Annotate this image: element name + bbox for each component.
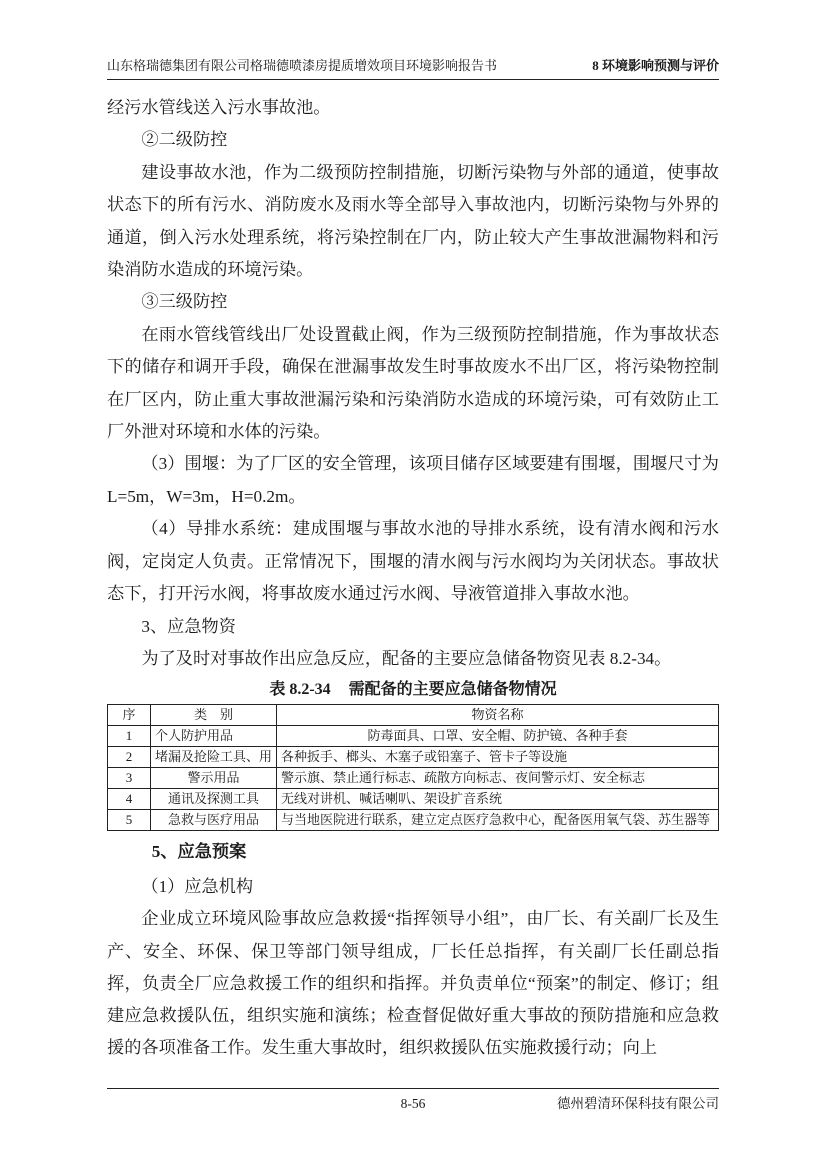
cell-items: 无线对讲机、喊话喇叭、架设扩音系统	[277, 789, 719, 810]
page-footer: 8-56 德州碧清环保科技有限公司	[107, 1088, 719, 1112]
header-report-title: 山东格瑞德集团有限公司格瑞德喷漆房提质增效项目环境影响报告书	[107, 57, 497, 74]
paragraph-supplies-intro: 为了及时对事故作出应急反应，配备的主要应急储备物资见表 8.2-34。	[107, 643, 719, 675]
column-header-items: 物资名称	[277, 705, 719, 726]
table-row: 2 堵漏及抢险工具、用 各种扳手、榔头、木塞子或铅塞子、管卡子等设施	[108, 747, 719, 768]
paragraph-level2-control: 建设事故水池，作为二级预防控制措施，切断污染物与外部的通道，使事故状态下的所有污…	[107, 157, 719, 287]
table-caption-title: 需配备的主要应急储备物情况	[349, 681, 557, 698]
cell-seq: 2	[108, 747, 151, 768]
cell-seq: 5	[108, 810, 151, 831]
cell-items: 各种扳手、榔头、木塞子或铅塞子、管卡子等设施	[277, 747, 719, 768]
page-header: 山东格瑞德集团有限公司格瑞德喷漆房提质增效项目环境影响报告书 8 环境影响预测与…	[107, 0, 719, 80]
document-page: 山东格瑞德集团有限公司格瑞德喷漆房提质增效项目环境影响报告书 8 环境影响预测与…	[0, 0, 827, 1169]
subheading-emergency-supplies: 3、应急物资	[107, 611, 719, 643]
paragraph-emergency-organization: 企业成立环境风险事故应急救援“指挥领导小组”，由厂长、有关副厂长及生产、安全、环…	[107, 903, 719, 1064]
table-caption-number: 表 8.2-34	[269, 681, 330, 698]
subheading-level2-control: ②二级防控	[107, 124, 719, 156]
paragraph-drainage-system: （4）导排水系统：建成围堰与事故水池的导排水系统，设有清水阀和污水阀，定岗定人负…	[107, 513, 719, 610]
table-row: 4 通讯及探测工具 无线对讲机、喊话喇叭、架设扩音系统	[108, 789, 719, 810]
subheading-emergency-organization: （1）应急机构	[107, 870, 719, 903]
table-row: 3 警示用品 警示旗、禁止通行标志、疏散方向标志、夜间警示灯、安全标志	[108, 768, 719, 789]
table-row: 5 急救与医疗用品 与当地医院进行联系，建立定点医疗急救中心，配备医用氧气袋、苏…	[108, 810, 719, 831]
paragraph-cofferdam: （3）围堰：为了厂区的安全管理，该项目储存区域要建有围堰，围堰尺寸为 L=5m，…	[107, 448, 719, 513]
cell-items: 与当地医院进行联系，建立定点医疗急救中心，配备医用氧气袋、苏生器等	[277, 810, 719, 831]
column-header-seq: 序	[108, 705, 151, 726]
cell-category: 通讯及探测工具	[151, 789, 277, 810]
cell-seq: 3	[108, 768, 151, 789]
page-body: 经污水管线送入污水事故池。 ②二级防控 建设事故水池，作为二级预防控制措施，切断…	[107, 80, 719, 1064]
cell-category: 堵漏及抢险工具、用	[151, 747, 277, 768]
cell-category: 急救与医疗用品	[151, 810, 277, 831]
heading-emergency-plan: 5、应急预案	[107, 836, 719, 867]
footer-page-number: 8-56	[401, 1095, 426, 1112]
emergency-supplies-table: 序 类 别 物资名称 1 个人防护用品 防毒面具、口罩、安全帽、防护镜、各种手套…	[107, 704, 719, 831]
cell-category: 个人防护用品	[151, 726, 277, 747]
header-chapter-title: 8 环境影响预测与评价	[592, 57, 719, 74]
subheading-level3-control: ③三级防控	[107, 286, 719, 318]
cell-seq: 4	[108, 789, 151, 810]
paragraph-level3-control: 在雨水管线管线出厂处设置截止阀，作为三级预防控制措施，作为事故状态下的储存和调开…	[107, 319, 719, 449]
table-row: 1 个人防护用品 防毒面具、口罩、安全帽、防护镜、各种手套	[108, 726, 719, 747]
table-caption: 表 8.2-34需配备的主要应急储备物情况	[107, 679, 719, 701]
cell-items: 防毒面具、口罩、安全帽、防护镜、各种手套	[277, 726, 719, 747]
table-header-row: 序 类 别 物资名称	[108, 705, 719, 726]
cell-items: 警示旗、禁止通行标志、疏散方向标志、夜间警示灯、安全标志	[277, 768, 719, 789]
column-header-category: 类 别	[151, 705, 277, 726]
cell-seq: 1	[108, 726, 151, 747]
cell-category: 警示用品	[151, 768, 277, 789]
paragraph-continuation: 经污水管线送入污水事故池。	[107, 92, 719, 124]
